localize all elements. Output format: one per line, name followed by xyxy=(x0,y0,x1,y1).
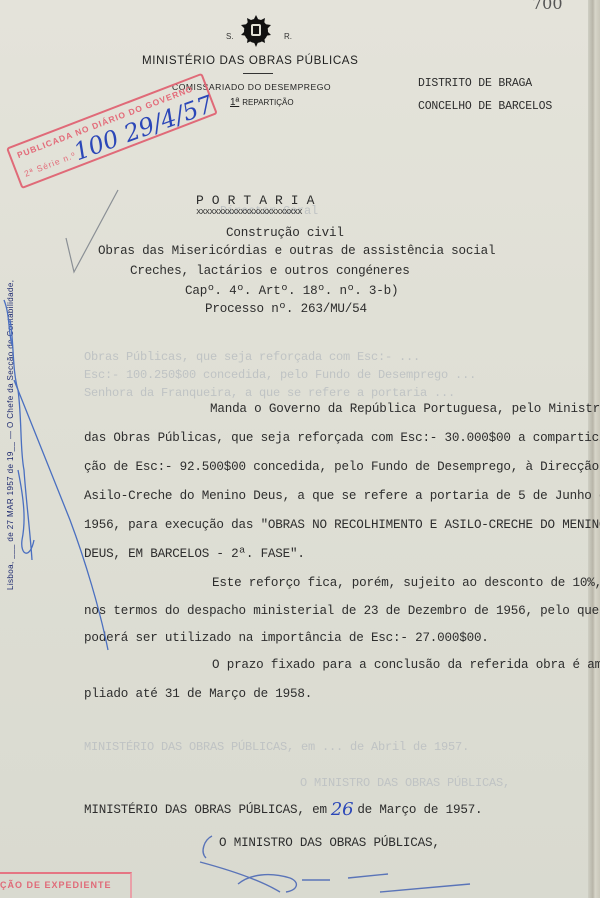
page-number: 700 xyxy=(532,0,563,13)
title-underline: xxxxxxxxxxxxxxxxxxxxxxxx xyxy=(196,207,302,217)
coat-of-arms-icon xyxy=(238,14,274,48)
process-number: Processo nº. 263/MU/54 xyxy=(205,302,367,316)
repartition-label: 1ªREPARTIÇÃO xyxy=(230,97,294,108)
bottom-stamp: ÇÃO DE EXPEDIENTE xyxy=(0,872,132,898)
council-label: CONCELHO DE BARCELOS xyxy=(418,100,552,113)
subheading: Creches, lactários e outros congéneres xyxy=(130,264,410,278)
body-line: pliado até 31 de Março de 1958. xyxy=(84,687,312,701)
date-prefix: MINISTÉRIO DAS OBRAS PÚBLICAS, em xyxy=(84,803,327,817)
margin-annotation: Lisboa, ___ de 27 MAR 1957 de 19__ — O C… xyxy=(6,280,15,590)
signatory-title: O MINISTRO DAS OBRAS PÚBLICAS, xyxy=(219,836,440,850)
body-line: ção de Esc:- 92.500$00 concedida, pelo F… xyxy=(84,460,600,474)
subheading: Capº. 4º. Artº. 18º. nº. 3-b) xyxy=(185,284,398,298)
show-through-text: O MINISTRO DAS OBRAS PÚBLICAS, xyxy=(300,776,510,790)
body-line: Asilo-Creche do Menino Deus, a que se re… xyxy=(84,489,600,503)
handwritten-day: 26 xyxy=(331,799,354,820)
body-line: das Obras Públicas, que seja reforçada c… xyxy=(84,431,600,445)
body-line: Este reforço fica, porém, sujeito ao des… xyxy=(212,576,600,590)
body-line: poderá ser utilizado na importância de E… xyxy=(84,631,489,645)
subheading: Obras das Misericórdias e outras de assi… xyxy=(98,244,495,258)
date-suffix: de Março de 1957. xyxy=(357,803,482,817)
body-line: Manda o Governo da República Portuguesa,… xyxy=(210,402,600,416)
body-line: nos termos do despacho ministerial de 23… xyxy=(84,604,600,618)
page-edge xyxy=(588,0,600,898)
date-line: MINISTÉRIO DAS OBRAS PÚBLICAS, em26de Ma… xyxy=(84,797,482,818)
ministry-title: MINISTÉRIO DAS OBRAS PÚBLICAS xyxy=(142,54,358,67)
repartition-text: REPARTIÇÃO xyxy=(242,98,293,107)
subheading: Construção civil xyxy=(226,226,344,240)
letterhead-sr-right: R. xyxy=(284,32,292,41)
show-through-text: MINISTÉRIO DAS OBRAS PÚBLICAS, em ... de… xyxy=(84,740,469,754)
header-divider xyxy=(243,73,273,74)
show-through-text: Senhora da Franqueira, a que se refere a… xyxy=(84,386,455,400)
show-through-text: Obras Públicas, que seja reforçada com E… xyxy=(84,350,420,364)
district-label: DISTRITO DE BRAGA xyxy=(418,77,532,90)
repartition-number: 1ª xyxy=(230,97,239,108)
body-line: O prazo fixado para a conclusão da refer… xyxy=(212,658,600,672)
body-line: DEUS, EM BARCELOS - 2ª. FASE". xyxy=(84,547,305,561)
body-line: 1956, para execução das "OBRAS NO RECOLH… xyxy=(84,518,600,532)
document-title: PORTARIA xyxy=(196,193,322,208)
show-through-text: Esc:- 100.250$00 concedida, pelo Fundo d… xyxy=(84,368,476,382)
letterhead-sr-left: S. xyxy=(226,32,234,41)
